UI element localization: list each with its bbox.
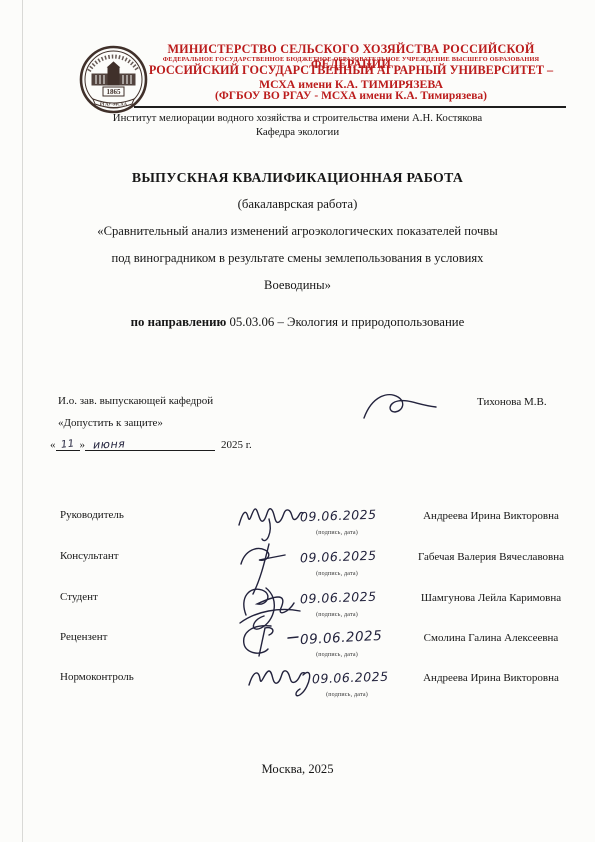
approval-date-month-slot: июня [85,437,215,451]
signature-date: 09.06.2025 [300,548,377,566]
permit-to-defense-line: «Допустить к защите» [58,417,163,429]
approval-year: 2025 г. [221,439,252,451]
work-subtype: (бакалаврская работа) [0,197,595,212]
signer-name: Шамгунова Лейла Каримовна [405,592,577,604]
approver-position: И.о. зав. выпускающей кафедрой [58,395,213,407]
signer-role: Нормоконтроль [60,671,134,683]
signer-role: Консультант [60,550,119,562]
thesis-title-line3: Воеводины» [0,278,595,293]
logo-ribbon-label: РГАУ-МСХА [100,102,128,107]
thesis-title-line2: под виноградником в результате смены зем… [0,251,595,266]
city-year-footer: Москва, 2025 [0,762,595,777]
thesis-title-line1: «Сравнительный анализ изменений агроэкол… [0,224,595,239]
header-fgbou-line: ФЕДЕРАЛЬНОЕ ГОСУДАРСТВЕННОЕ БЮДЖЕТНОЕ ОБ… [132,56,570,63]
approval-date-line: «11»июня2025 г. [50,437,252,451]
department-line: Кафедра экологии [0,126,595,138]
direction-line: по направлению 05.03.06 – Экология и при… [0,315,595,330]
work-type-title: ВЫПУСКНАЯ КВАЛИФИКАЦИОННАЯ РАБОТА [0,170,595,186]
signer-name: Габечая Валерия Вячеславовна [405,551,577,563]
direction-value: 05.03.06 – Экология и природопользование [226,315,464,329]
handwritten-month: июня [93,437,126,451]
header-university-3: (ФГБОУ ВО РГАУ - МСХА имени К.А. Тимиряз… [132,90,570,102]
signer-role: Студент [60,591,98,603]
signer-role: Руководитель [60,509,124,521]
direction-label: по направлению [131,315,227,329]
signer-name: Андреева Ирина Викторовна [405,510,577,522]
signature-caption: (подпись, дата) [282,571,392,577]
handwritten-day: 11 [60,438,75,450]
signature-date: 09.06.2025 [300,628,383,648]
logo-year: 1865 [107,88,122,96]
approval-date-day-slot: 11 [56,438,80,451]
signer-role: Рецензент [60,631,107,643]
supervisor-signature-ink [238,501,304,533]
signer-name: Андреева Ирина Викторовна [405,672,577,684]
signature-caption: (подпись, дата) [282,530,392,536]
normcontrol-signature-ink [248,663,314,695]
signer-name: Смолина Галина Алексеевна [405,632,577,644]
signer-row-normcontrol: Нормоконтроль 09.06.2025 (подпись, дата)… [0,671,595,713]
signature-date: 09.06.2025 [300,507,377,525]
approver-name: Тихонова М.В. [477,396,547,408]
header-university-1: РОССИЙСКИЙ ГОСУДАРСТВЕННЫЙ АГРАРНЫЙ УНИВ… [132,63,570,78]
consultant-signature-ink [238,542,304,574]
signature-date: 09.06.2025 [300,589,377,607]
header-rule [134,106,566,108]
signature-caption: (подпись, дата) [292,692,402,698]
signature-date: 09.06.2025 [312,669,389,687]
signature-caption: (подпись, дата) [282,612,392,618]
institute-line: Институт мелиорации водного хозяйства и … [0,112,595,124]
approver-signature-ink [362,388,440,424]
thesis-title-page: 1865 РГАУ-МСХА МИНИСТЕРСТВО СЕЛЬСКОГО ХО… [0,0,595,842]
signature-caption: (подпись, дата) [282,652,392,658]
